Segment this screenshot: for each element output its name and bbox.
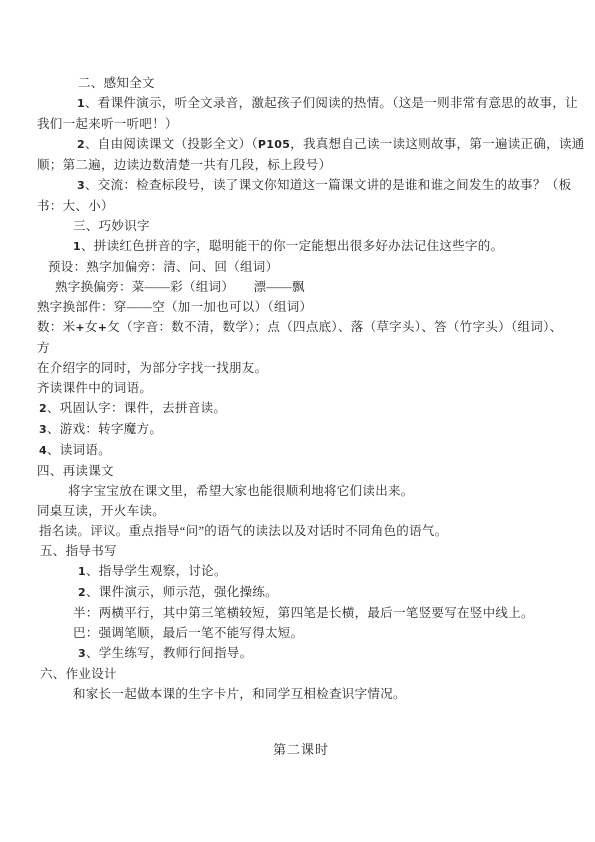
doc-line: 熟字换偏旁：菜——彩（组词） 漂——飘: [37, 277, 565, 297]
latin-text: 2: [39, 402, 47, 415]
doc-line: 巴：强调笔顺，最后一笔不能写得太短。: [37, 623, 565, 643]
doc-line: 我们一起来听一听吧！）: [37, 114, 565, 134]
doc-line: 数：米+女+攵（字音：数不清，数学）；点（四点底）、落（草字头）、答（竹字头）（…: [37, 317, 565, 338]
latin-text: 1: [77, 97, 85, 110]
latin-text: 4: [39, 444, 47, 457]
doc-line: 五、指导书写: [37, 541, 565, 561]
doc-line: 齐读课件中的词语。: [37, 378, 565, 398]
doc-line: 1、拼读红色拼音的字，聪明能干的你一定能想出很多好办法记住这些字的。: [37, 236, 565, 257]
document-page: 二、感知全文1、看课件演示，听全文录音，激起孩子们阅读的热情。（这是一则非常有意…: [0, 0, 595, 842]
latin-text: 2: [78, 586, 86, 599]
doc-line: 2、巩固认字：课件，去拼音读。: [37, 398, 565, 419]
doc-line: 指名读。评议。重点指导“问”的语气的读法以及对话时不同角色的语气。: [37, 521, 565, 541]
latin-text: +: [75, 321, 85, 334]
doc-line: 4、读词语。: [37, 440, 565, 461]
latin-text: 3: [39, 423, 47, 436]
latin-text: 3: [78, 647, 86, 660]
latin-text: P105: [258, 138, 290, 151]
doc-line: 1、指导学生观察，讨论。: [37, 561, 565, 582]
doc-line: 预设：熟字加偏旁：清、问、回（组词）: [37, 257, 565, 277]
latin-text: +: [98, 321, 108, 334]
doc-line: 3、学生练写，教师行间指导。: [37, 643, 565, 664]
doc-body: 二、感知全文1、看课件演示，听全文录音，激起孩子们阅读的热情。（这是一则非常有意…: [37, 73, 565, 760]
doc-line: 1、看课件演示，听全文录音，激起孩子们阅读的热情。（这是一则非常有意思的故事，让: [37, 93, 565, 114]
doc-line: 和家长一起做本课的生字卡片，和同学互相检查识字情况。: [37, 684, 565, 704]
doc-line: 2、课件演示，师示范，强化操练。: [37, 582, 565, 603]
doc-line: 在介绍字的同时，为部分字找一找朋友。: [37, 358, 565, 378]
doc-line: 三、巧妙识字: [37, 216, 565, 236]
latin-text: 1: [73, 240, 81, 253]
latin-text: 2: [77, 138, 85, 151]
latin-text: 3: [77, 179, 85, 192]
doc-line: 四、再读课文: [37, 461, 565, 481]
footer-section-title: 第二课时: [37, 740, 565, 760]
doc-line: 方: [37, 338, 565, 358]
doc-line: 熟字换部件：穿——空（加一加也可以）（组词）: [37, 297, 565, 317]
doc-line: 2、自由阅读课文（投影全文）（P105，我真想自己读一读这则故事，第一遍读正确，…: [37, 134, 565, 155]
doc-line: 将字宝宝放在课文里，希望大家也能很顺利地将它们读出来。: [37, 481, 565, 501]
latin-text: 1: [78, 565, 86, 578]
doc-line: 3、游戏：转字魔方。: [37, 419, 565, 440]
doc-line: 3、交流：检查标段号，读了课文你知道这一篇课文讲的是谁和谁之间发生的故事？（板: [37, 175, 565, 196]
doc-line: 半：两横平行，其中第三笔横较短，第四笔是长横，最后一笔竖要写在竖中线上。: [37, 603, 565, 623]
doc-line: 六、作业设计: [37, 664, 565, 684]
doc-line: 书：大、小）: [37, 196, 565, 216]
doc-line: 顺；第二遍，边读边数清楚一共有几段，标上段号）: [37, 155, 565, 175]
doc-line: 同桌互读，开火车读。: [37, 501, 565, 521]
doc-line: 二、感知全文: [37, 73, 565, 93]
